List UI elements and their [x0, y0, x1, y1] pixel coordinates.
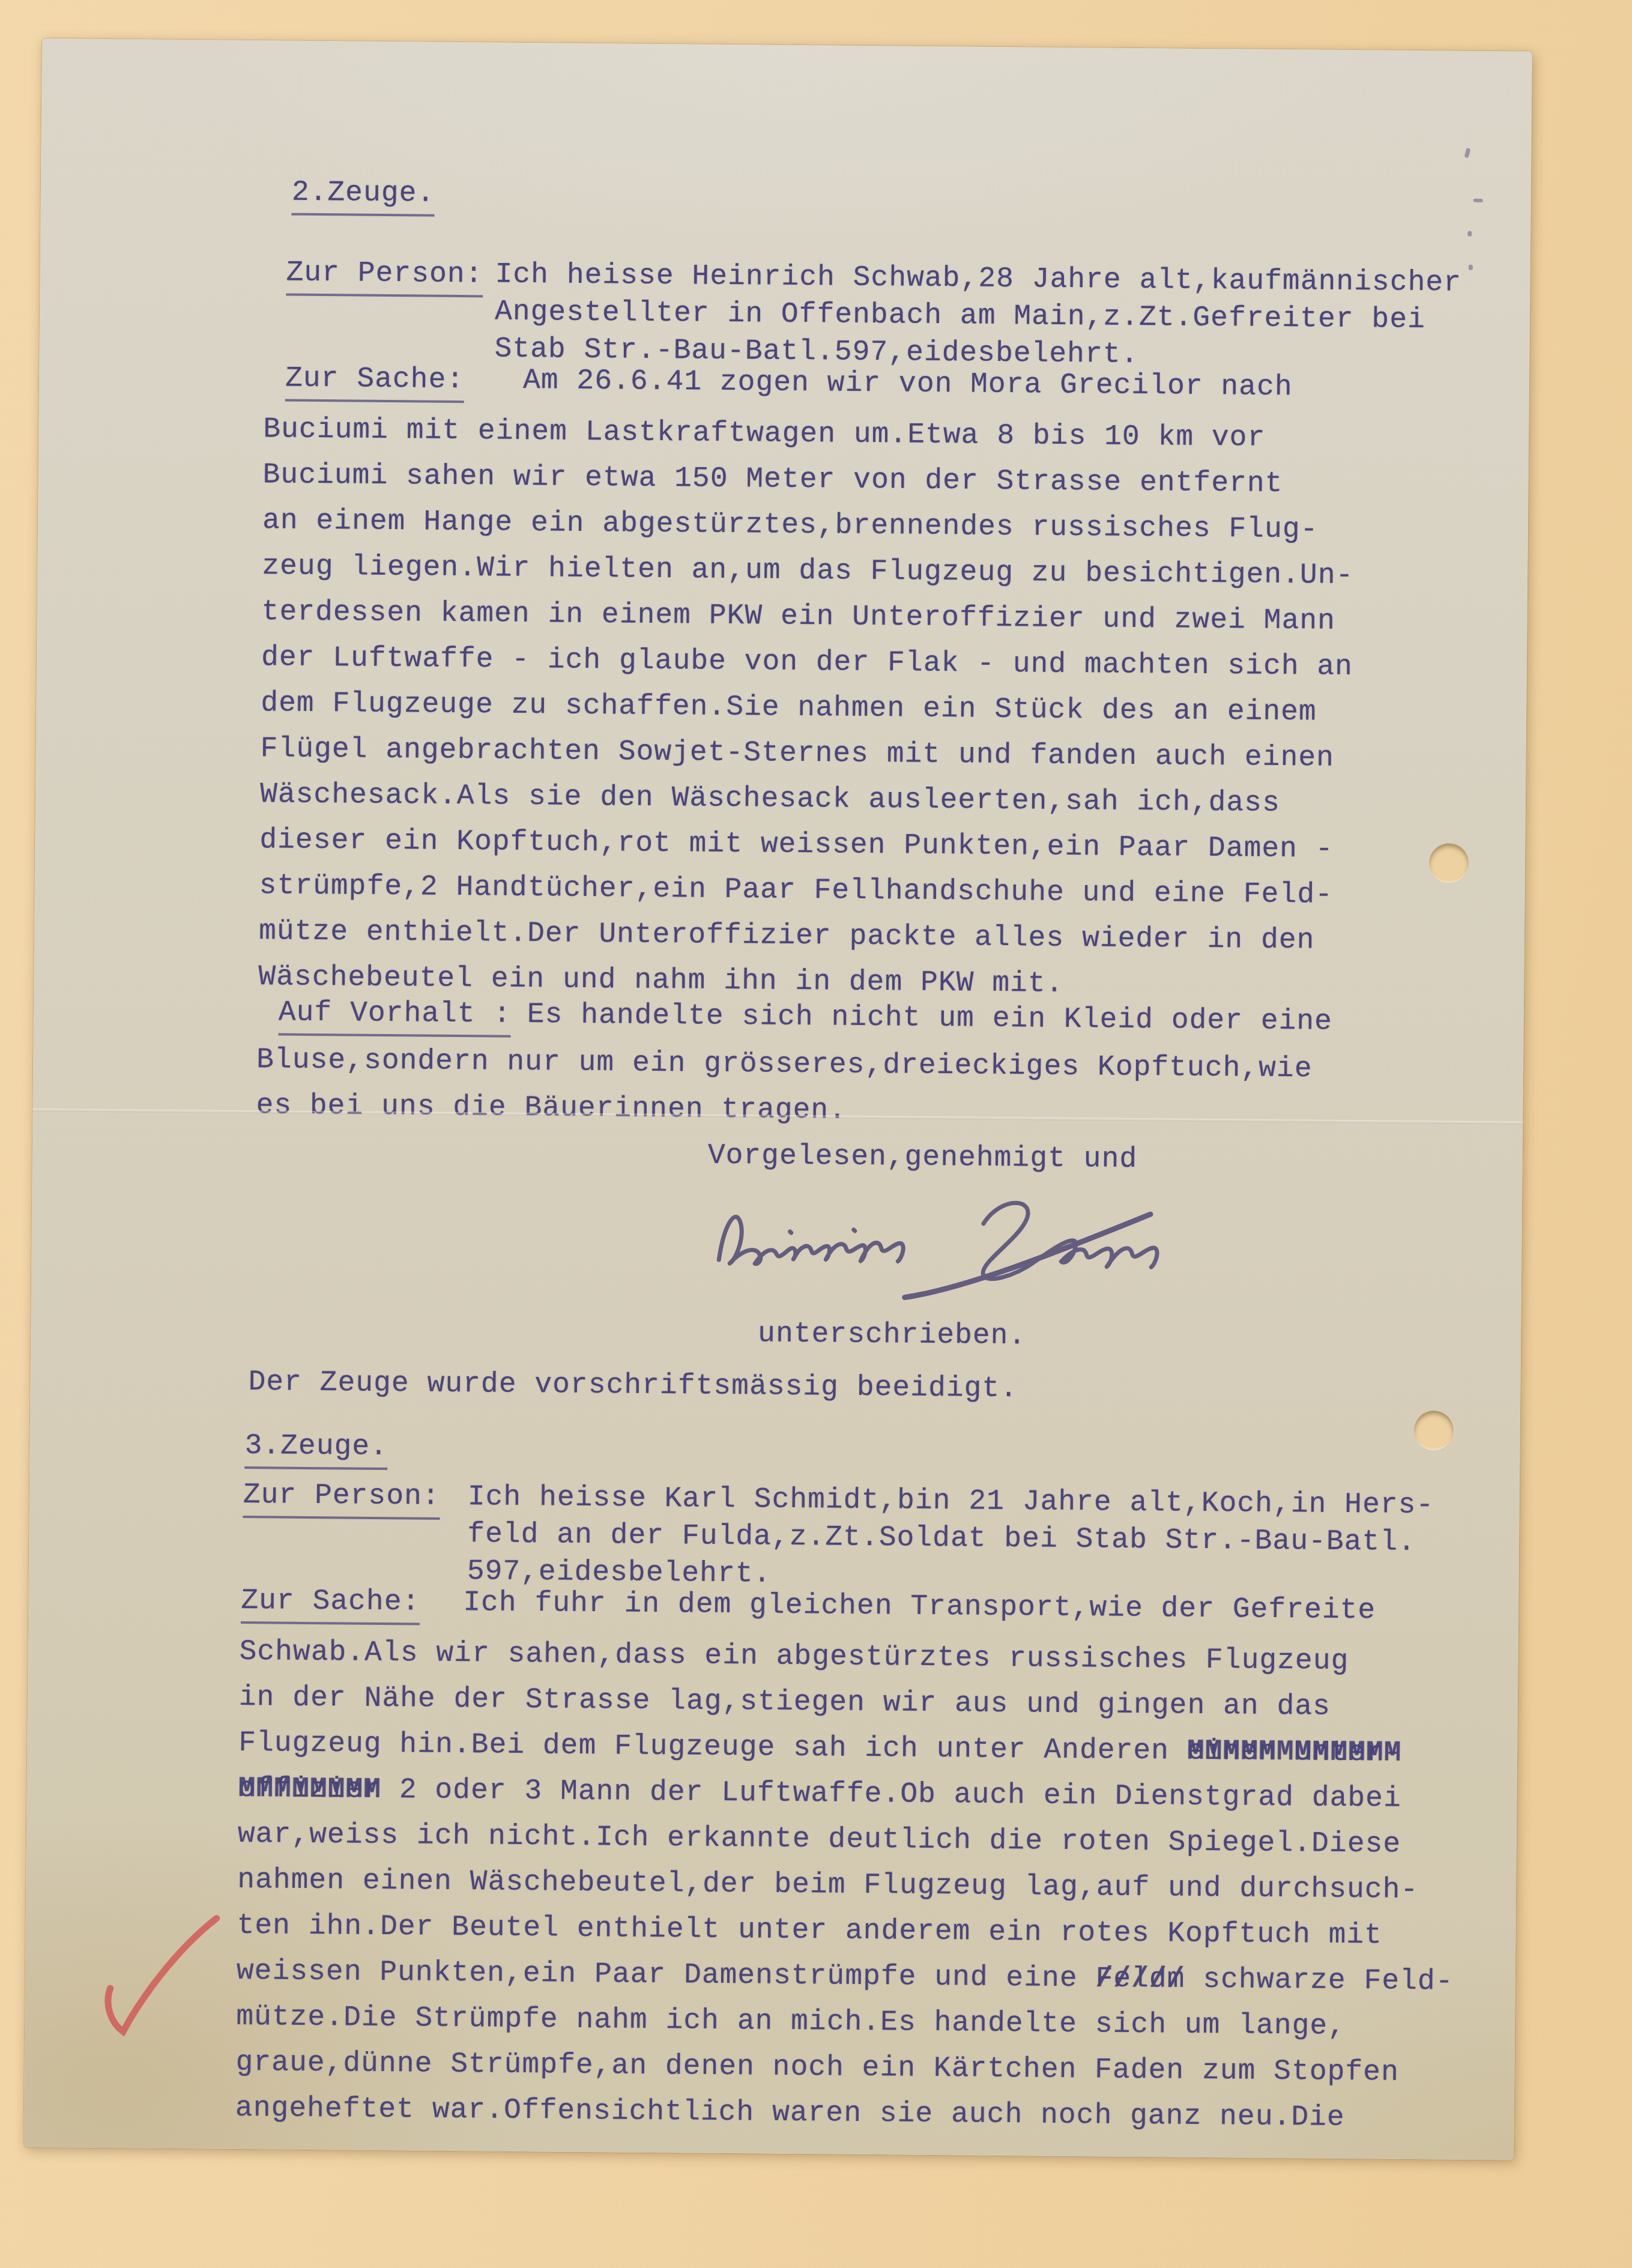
- text-segment: war,weiss ich nicht.Ich erkannte deutlic…: [238, 1818, 1401, 1861]
- text-segment: dieser ein Kopftuch,rot mit weissen Punk…: [259, 824, 1334, 866]
- text-segment: dem Flugzeuge zu schaffen.Sie nahmen ein…: [261, 687, 1317, 728]
- witness2-vorhalt-label-row: Auf Vorhalt :: [279, 994, 512, 1038]
- punch-hole-bottom: [1414, 1411, 1454, 1451]
- ink-speck: [1469, 265, 1473, 270]
- text-segment: Buciumi sahen wir etwa 150 Meter von der…: [262, 459, 1283, 500]
- witness3-person-text: Ich heisse Karl Schmidt,bin 21 Jahre alt…: [467, 1478, 1434, 1598]
- witness2-sache-label-row: Zur Sache:: [285, 360, 465, 404]
- text-segment: der Luftwaffe - ich glaube von der Flak …: [261, 641, 1353, 683]
- scanned-document-backing: 2.Zeuge. Zur Person: Ich heisse Heinrich…: [0, 0, 1632, 2268]
- text-segment: ten ihn.Der Beutel enthielt unter andere…: [237, 1910, 1382, 1952]
- ink-speck: [1464, 148, 1471, 158]
- red-checkmark: [97, 1911, 230, 2057]
- witness3-sache-text: Schwab.Als wir sahen,dass ein abgestürzt…: [235, 1629, 1457, 2142]
- witness3-sache-intro: Ich fuhr in dem gleichen Transport,wie d…: [463, 1584, 1376, 1629]
- text-segment: Buciumi mit einem Lastkraftwagen um.Etwa…: [263, 413, 1265, 455]
- text-segment: zeug liegen.Wir hielten an,um das Flugze…: [262, 550, 1353, 592]
- overtyped-strikeout: Feldm/////: [1095, 1956, 1185, 2002]
- text-segment: Flugzeug hin.Bei dem Flugzeuge sah ich u…: [238, 1727, 1187, 1768]
- witness2-vorhalt-intro: Es handelte sich nicht um ein Kleid oder…: [527, 996, 1333, 1041]
- text-segment: schwarze Feld-: [1185, 1964, 1454, 1998]
- ink-speck: [1467, 231, 1472, 237]
- witness2-signed-word: unterschrieben.: [758, 1315, 1027, 1355]
- text-line: es bei uns die Bäuerinnen tragen.: [256, 1083, 1312, 1137]
- text-segment: in der Nähe der Strasse lag,stiegen wir …: [239, 1681, 1331, 1723]
- witness2-person-label: Zur Person:: [286, 255, 483, 298]
- text-segment: Bluse,sondern nur um ein grösseres,dreie…: [256, 1044, 1313, 1085]
- text-segment: Wäschesack.Als sie den Wäschesack auslee…: [260, 778, 1280, 820]
- text-segment: an einem Hange ein abgestürztes,brennend…: [262, 504, 1319, 546]
- text-segment: mütze enthielt.Der Unteroffizier packte …: [259, 915, 1315, 957]
- witness2-heading: 2.Zeuge.: [291, 174, 435, 217]
- text-segment: terdessen kamen in einem PKW ein Unterof…: [261, 596, 1335, 638]
- ink-speck: [1473, 199, 1483, 202]
- text-segment: nahmen einen Wäschebeutel,der beim Flugz…: [237, 1864, 1419, 1907]
- witness3-person-label: Zur Person:: [243, 1477, 440, 1520]
- overtyped-strikeout: einen Unter-MMMMMMMMMMMM: [1187, 1729, 1402, 1776]
- witness2-sache-label: Zur Sache:: [285, 360, 465, 404]
- witness2-heading-row: 2.Zeuge.: [291, 174, 435, 217]
- witness3-heading-row: 3.Zeuge.: [244, 1427, 388, 1470]
- text-segment: Schwab.Als wir sahen,dass ein abgestürzt…: [239, 1636, 1349, 1678]
- witness2-vorhalt-text: Bluse,sondern nur um ein grösseres,dreie…: [256, 1037, 1313, 1137]
- text-segment: angeheftet war.Offensichtlich waren sie …: [235, 2092, 1345, 2134]
- witness3-sache-label-row: Zur Sache:: [241, 1582, 420, 1625]
- witness2-sworn-line: Der Zeuge wurde vorschriftsmässig beeidi…: [248, 1364, 1018, 1408]
- text-segment: mütze.Die Strümpfe nahm ich an mich.Es h…: [236, 2001, 1346, 2043]
- text-line: angeheftet war.Offensichtlich waren sie …: [235, 2085, 1452, 2142]
- witness2-sache-intro: Am 26.6.41 zogen wir von Mora Grecilor n…: [523, 362, 1293, 406]
- text-segment: strümpfe,2 Handtücher,ein Paar Fellhands…: [259, 869, 1333, 912]
- text-segment: Ich heisse Karl Schmidt,bin 21 Jahre alt…: [468, 1481, 1434, 1522]
- witness3-person-label-row: Zur Person:: [243, 1477, 440, 1520]
- witness2-sache-text: Buciumi mit einem Lastkraftwagen um.Etwa…: [258, 407, 1355, 1009]
- text-segment: 2 oder 3 Mann der Luftwaffe.Ob auch ein …: [381, 1774, 1401, 1815]
- text-segment: Ich heisse Heinrich Schwab,28 Jahre alt,…: [495, 259, 1461, 300]
- text-segment: Flügel angebrachten Sowjet-Sternes mit u…: [260, 733, 1334, 775]
- document-page: 2.Zeuge. Zur Person: Ich heisse Heinrich…: [23, 38, 1532, 2161]
- text-segment: weissen Punkten,ein Paar Damenstrümpfe u…: [237, 1955, 1096, 1995]
- punch-hole-top: [1429, 843, 1469, 883]
- witness2-person-label-row: Zur Person:: [286, 255, 483, 298]
- witness3-sache-label: Zur Sache:: [241, 1582, 420, 1625]
- witness2-vorhalt-label: Auf Vorhalt :: [279, 994, 512, 1038]
- text-segment: es bei uns die Bäuerinnen tragen.: [256, 1089, 847, 1127]
- text-segment: Angestellter in Offenbach am Main,z.Zt.G…: [495, 296, 1425, 337]
- overtyped-strikeout: offizierMMMMMMMM: [238, 1766, 381, 1813]
- text-segment: graue,dünne Strümpfe,an denen noch ein K…: [235, 2046, 1399, 2089]
- witness3-heading: 3.Zeuge.: [244, 1427, 388, 1470]
- text-segment: feld an der Fulda,z.Zt.Soldat bei Stab S…: [467, 1518, 1416, 1559]
- signature-heinrich-schwab: [700, 1169, 1182, 1326]
- witness2-person-text: Ich heisse Heinrich Schwab,28 Jahre alt,…: [494, 256, 1461, 376]
